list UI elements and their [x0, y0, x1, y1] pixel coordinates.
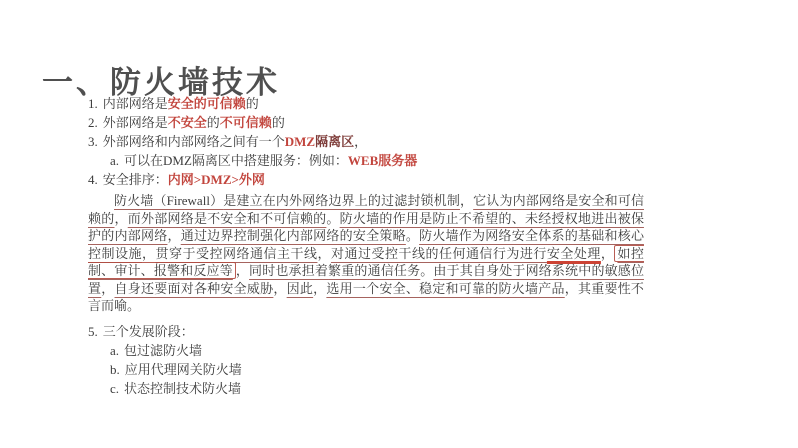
list-item-marker: a. — [110, 153, 119, 168]
list-item-text: DMZ — [285, 134, 315, 149]
paragraph-segment: 而外部网络是不安全和不可信赖的 — [128, 211, 327, 226]
list-item: a.可以在DMZ隔离区中搭建服务：例如：WEB服务器 — [88, 151, 644, 170]
list-item-marker: 2. — [88, 115, 98, 130]
list-item-marker: b. — [110, 362, 120, 377]
paragraph-segment: ， — [565, 281, 578, 296]
list-item-text: 的 — [272, 115, 285, 130]
paragraph-segment: 对通过受控干线的任何通信行为进行 — [331, 246, 547, 261]
list-item: 1.内部网络是安全的可信赖的 — [88, 94, 644, 113]
list-item-text: 三个发展阶段： — [103, 324, 194, 339]
list-item-text: 外部网络是 — [103, 115, 168, 130]
paragraph-segment: 贯穿于受控网络通信主干线 — [156, 246, 318, 261]
list-item: c.状态控制技术防火墙 — [88, 379, 644, 398]
paragraph-segment: ， — [142, 246, 156, 261]
list-item: a.包过滤防火墙 — [88, 341, 644, 360]
list-item-marker: 4. — [88, 172, 98, 187]
list-item-text: WEB服务器 — [348, 153, 417, 168]
paragraph-segment: ， — [601, 246, 615, 261]
paragraph-segment: 通过边界控制强化内部网络的安全策略 — [181, 228, 406, 243]
list-item: 2.外部网络是不安全的不可信赖的 — [88, 113, 644, 132]
paragraph-segment: ， — [460, 193, 473, 208]
paragraph-segment: 繁重的 — [328, 263, 368, 278]
list-item: 5.三个发展阶段： — [88, 322, 644, 341]
paragraph-segment: 。 — [326, 211, 339, 226]
list-item-marker: 1. — [88, 96, 98, 111]
paragraph-segment: ， — [167, 228, 180, 243]
paragraph-segment: 。 — [406, 228, 419, 243]
list-item-text: 内部网络是 — [103, 96, 168, 111]
list-item-text: ， — [354, 134, 367, 149]
list-item-text: 的 — [207, 115, 220, 130]
list-item-text: 不安全 — [168, 115, 207, 130]
list-item: 3.外部网络和内部网络之间有一个DMZ隔离区， — [88, 132, 644, 151]
paragraph-segment: 自身还要面对各种安全威胁 — [115, 281, 274, 296]
list-item-text: 内网>DMZ>外网 — [168, 172, 265, 187]
paragraph-segment: 安全处理 — [547, 246, 601, 261]
list-item: 4.安全排序：内网>DMZ>外网 — [88, 170, 644, 189]
list-item-marker: a. — [110, 343, 119, 358]
list-item: b.应用代理网关防火墙 — [88, 360, 644, 379]
list-item-text: 隔离区 — [315, 134, 354, 149]
list-item-text: 可以在DMZ隔离区中搭建服务：例如： — [124, 153, 348, 168]
slide-content: 1.内部网络是安全的可信赖的2.外部网络是不安全的不可信赖的3.外部网络和内部网… — [88, 94, 644, 398]
slide: 一、防火墙技术 1.内部网络是安全的可信赖的2.外部网络是不安全的不可信赖的3.… — [0, 0, 798, 448]
list-item-text: 的 — [246, 96, 259, 111]
paragraph-segment: 同时也承担着 — [249, 263, 328, 278]
paragraph-segment: ， — [101, 281, 114, 296]
paragraph: 防火墙（Firewall）是建立在内外网络边界上的过滤封锁机制，它认为内部网络是… — [88, 192, 644, 315]
numbered-list-top: 1.内部网络是安全的可信赖的2.外部网络是不安全的不可信赖的3.外部网络和内部网… — [88, 94, 644, 189]
list-item-text: 包过滤防火墙 — [124, 343, 202, 358]
list-item-text: 安全的可信赖 — [168, 96, 246, 111]
list-item-text: 不可信赖 — [220, 115, 272, 130]
paragraph-segment: 选用一个安全、稳定和可靠的防火墙产品 — [326, 281, 564, 296]
list-item-text: 应用代理网关防火墙 — [125, 362, 242, 377]
list-item-text: 安全排序： — [103, 172, 168, 187]
paragraph-segment: ， — [114, 211, 127, 226]
paragraph-segment: 。 — [420, 263, 433, 278]
numbered-list-bottom: 5.三个发展阶段：a.包过滤防火墙b.应用代理网关防火墙c.状态控制技术防火墙 — [88, 322, 644, 398]
paragraph-segment: ， — [273, 281, 286, 296]
paragraph-segment: 通信任务 — [368, 263, 421, 278]
paragraph-segment: 是建立在内外网络边界上的过滤封锁机制 — [223, 193, 460, 208]
list-item-marker: 3. — [88, 134, 98, 149]
list-item-marker: c. — [110, 381, 119, 396]
list-item-text: 外部网络和内部网络之间有一个 — [103, 134, 285, 149]
list-item-marker: 5. — [88, 324, 98, 339]
paragraph-segment: ， — [317, 246, 331, 261]
paragraph-segment: ， — [236, 263, 249, 278]
paragraph-segment: 防火墙（Firewall） — [114, 193, 223, 208]
paragraph-segment: ， — [313, 281, 326, 296]
list-item-text: 状态控制技术防火墙 — [124, 381, 241, 396]
paragraph-segment: 因此 — [287, 281, 313, 296]
